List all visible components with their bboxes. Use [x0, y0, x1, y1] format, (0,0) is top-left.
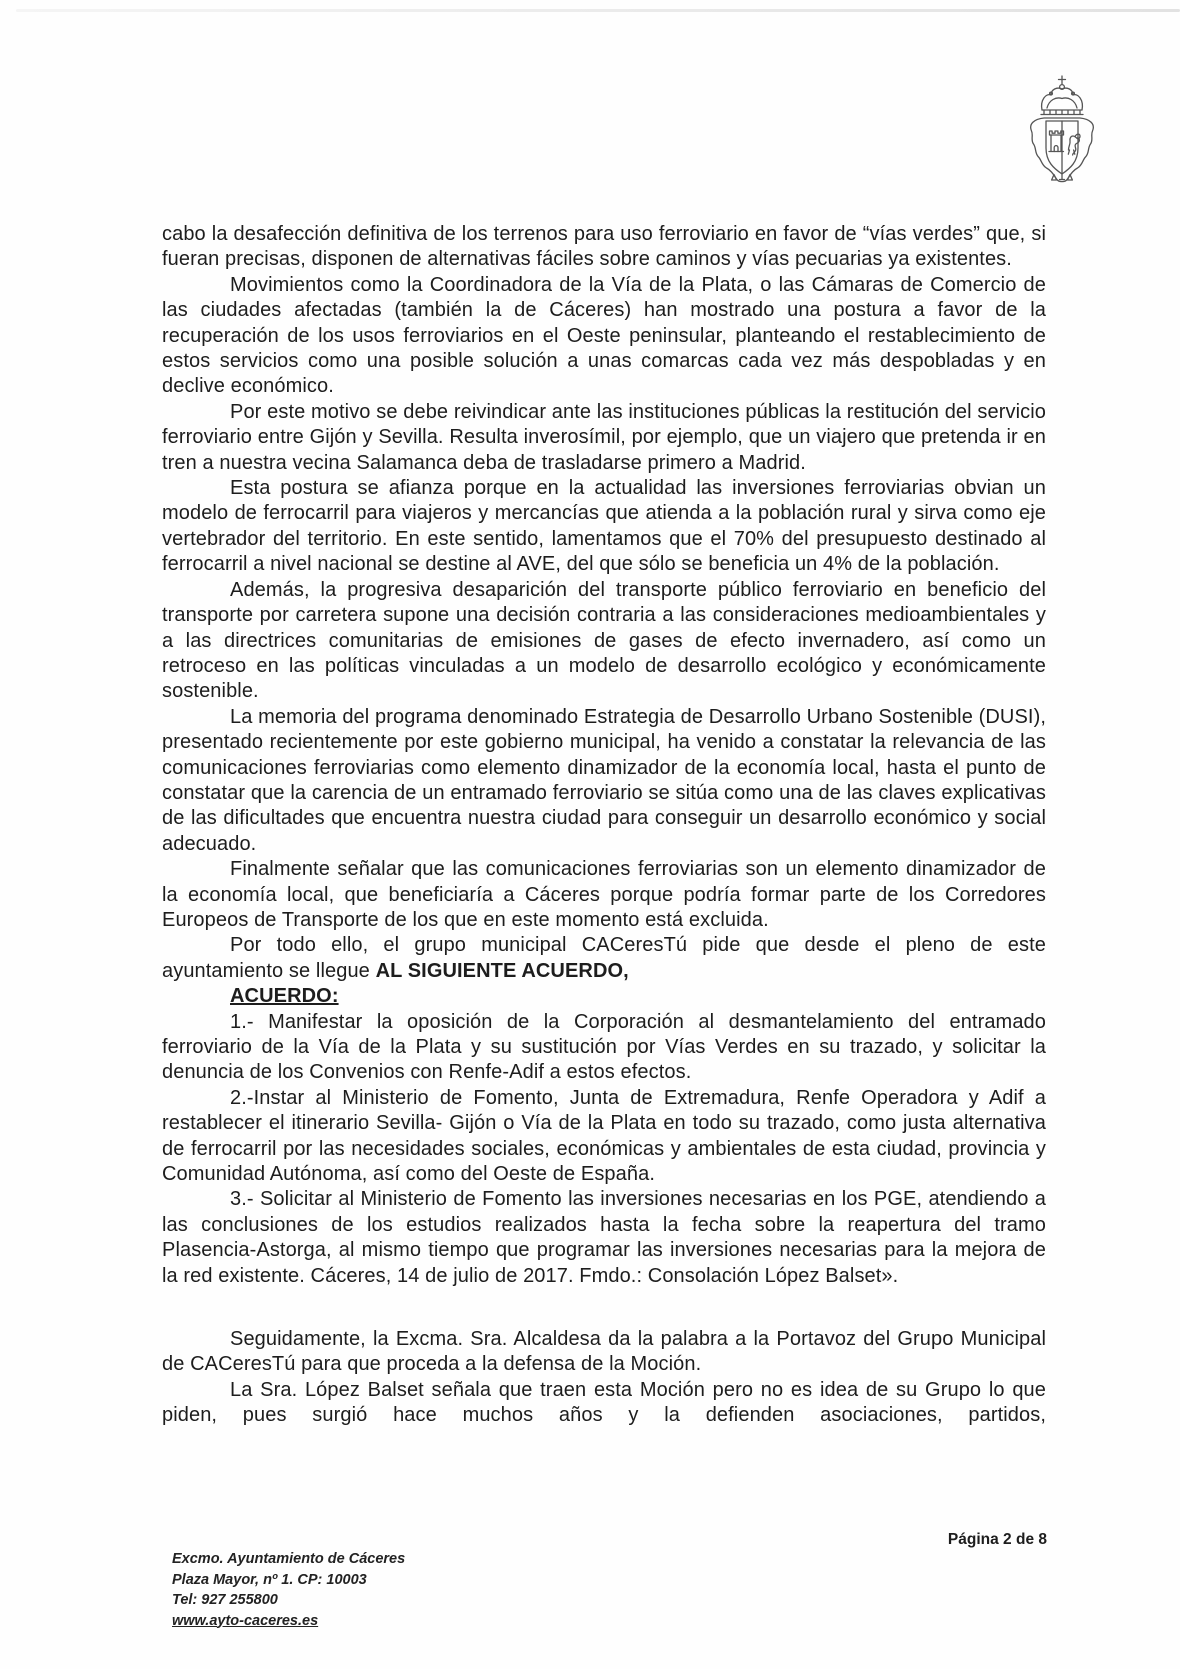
paragraph: Además, la progresiva desaparición del t… — [162, 578, 1046, 705]
text-run: La Sra. López Balset señala que traen es… — [162, 1379, 1046, 1426]
text-run: 3.- Solicitar al Ministerio de Fomento l… — [162, 1188, 1046, 1286]
text-run: La memoria del programa denominado Estra… — [162, 706, 1046, 855]
acuerdo-heading: ACUERDO: — [162, 984, 1046, 1009]
caceres-coat-of-arms-icon — [1018, 74, 1106, 192]
paragraph: Por este motivo se debe reivindicar ante… — [162, 400, 1046, 476]
text-run: cabo la desafección definitiva de los te… — [162, 223, 1046, 270]
scanned-page: cabo la desafección definitiva de los te… — [0, 0, 1180, 1669]
paragraph: Esta postura se afianza porque en la act… — [162, 476, 1046, 578]
document-body: cabo la desafección definitiva de los te… — [162, 222, 1046, 1429]
text-run: Esta postura se afianza porque en la act… — [162, 477, 1046, 575]
text-run: Finalmente señalar que las comunicacione… — [162, 858, 1046, 931]
emphasized-text: AL SIGUIENTE ACUERDO, — [376, 960, 629, 982]
emphasized-text: ACUERDO: — [230, 985, 339, 1007]
acuerdo-item-1: 1.- Manifestar la oposición de la Corpor… — [162, 1010, 1046, 1086]
text-run: Seguidamente, la Excma. Sra. Alcaldesa d… — [162, 1328, 1046, 1375]
paragraph: La Sra. López Balset señala que traen es… — [162, 1378, 1046, 1429]
text-run: 2.-Instar al Ministerio de Fomento, Junt… — [162, 1087, 1046, 1185]
paragraph: Finalmente señalar que las comunicacione… — [162, 857, 1046, 933]
footer-contact-block: Excmo. Ayuntamiento de Cáceres Plaza May… — [172, 1549, 405, 1631]
footer-address: Plaza Mayor, nº 1. CP: 10003 — [172, 1570, 405, 1591]
footer-website-link[interactable]: www.ayto-caceres.es — [172, 1611, 405, 1632]
text-run: Además, la progresiva desaparición del t… — [162, 579, 1046, 703]
paragraph: La memoria del programa denominado Estra… — [162, 705, 1046, 857]
acuerdo-item-3: 3.- Solicitar al Ministerio de Fomento l… — [162, 1187, 1046, 1289]
text-run: 1.- Manifestar la oposición de la Corpor… — [162, 1011, 1046, 1084]
acuerdo-item-2: 2.-Instar al Ministerio de Fomento, Junt… — [162, 1086, 1046, 1188]
footer-org-name: Excmo. Ayuntamiento de Cáceres — [172, 1549, 405, 1570]
page-indicator: Página 2 de 8 — [948, 1531, 1047, 1549]
paragraph: Seguidamente, la Excma. Sra. Alcaldesa d… — [162, 1327, 1046, 1378]
text-run: Por este motivo se debe reivindicar ante… — [162, 401, 1046, 474]
paragraph: Por todo ello, el grupo municipal CACere… — [162, 933, 1046, 984]
footer-phone: Tel: 927 255800 — [172, 1590, 405, 1611]
scan-artifact-line — [16, 9, 1180, 12]
paragraph: cabo la desafección definitiva de los te… — [162, 222, 1046, 273]
text-run: Movimientos como la Coordinadora de la V… — [162, 274, 1046, 398]
paragraph: Movimientos como la Coordinadora de la V… — [162, 273, 1046, 400]
